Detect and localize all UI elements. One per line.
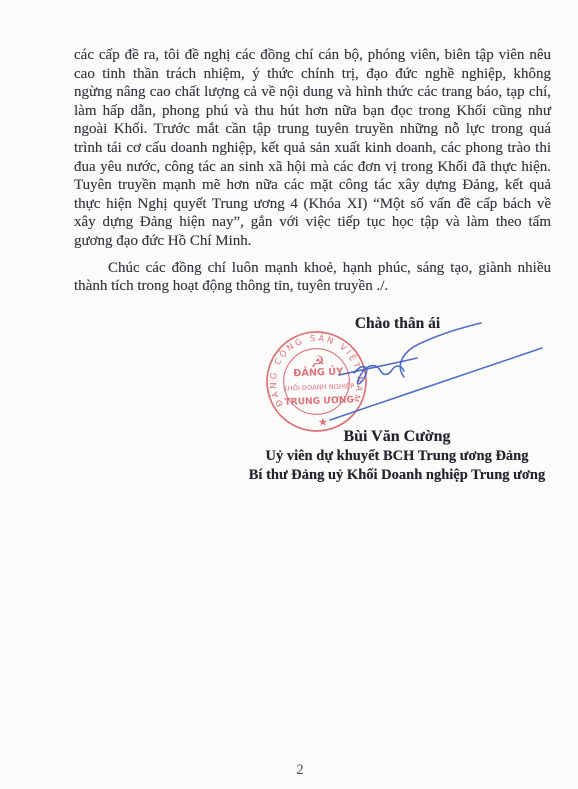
text-line: gương đạo đức Hồ Chí Minh. bbox=[74, 232, 551, 251]
paragraph-wishes: Chúc các đồng chí luôn mạnh khoẻ, hạnh p… bbox=[74, 259, 551, 296]
text-line: trình tái cơ cấu doanh nghiệp, kết quả s… bbox=[74, 139, 551, 158]
stamp-line-khoi-doanh-nghiep: KHỐI DOANH NGHIỆP bbox=[283, 380, 354, 392]
text-line: xây dựng Đảng hiện nay”, gắn với việc ti… bbox=[74, 213, 551, 232]
text-line: đua yêu nước, công tác an sinh xã hội mà… bbox=[74, 158, 551, 177]
signer-title-2: Bí thư Đảng uỷ Khối Doanh nghiệp Trung ư… bbox=[192, 466, 578, 486]
text-line: thực hiện Nghị quyết Trung ương 4 (Khóa … bbox=[74, 195, 551, 214]
text-line: Chúc các đồng chí luôn mạnh khoẻ, hạnh p… bbox=[74, 259, 551, 278]
text-line: làm hấp dẫn, phong phú và thu hút hơn nữ… bbox=[74, 102, 551, 121]
text-line: ngừng nâng cao chất lượng cả về nội dung… bbox=[74, 83, 551, 102]
text-line: Tuyên truyền mạnh mẽ hơn nữa các mặt côn… bbox=[74, 176, 551, 195]
body-text: các cấp đề ra, tôi đề nghị các đồng chí … bbox=[74, 46, 551, 296]
text-line: ngoài Khối. Trước mắt cần tập trung tuyê… bbox=[74, 120, 551, 139]
party-committee-seal: ĐẢNG CỘNG SẢN VIỆT NAM ☭ ĐẢNG ỦY KHỐI DO… bbox=[262, 327, 371, 436]
signer-block: Bùi Văn Cường Uỷ viên dự khuyết BCH Trun… bbox=[192, 427, 578, 486]
stamp-line-trung-uong: TRUNG ƯƠNG bbox=[284, 395, 354, 407]
text-line: các cấp đề ra, tôi đề nghị các đồng chí … bbox=[74, 46, 551, 65]
scanned-letter-page: các cấp đề ra, tôi đề nghị các đồng chí … bbox=[0, 0, 578, 789]
text-line: thành tích trong hoạt động thông tin, tu… bbox=[74, 277, 551, 296]
text-line: cao tinh thần trách nhiệm, ý thức chính … bbox=[74, 65, 551, 84]
page-number: 2 bbox=[0, 762, 578, 779]
signer-name: Bùi Văn Cường bbox=[192, 427, 578, 447]
signer-title-1: Uỷ viên dự khuyết BCH Trung ương Đảng bbox=[192, 447, 578, 467]
paragraph-continuation: các cấp đề ra, tôi đề nghị các đồng chí … bbox=[74, 46, 551, 251]
